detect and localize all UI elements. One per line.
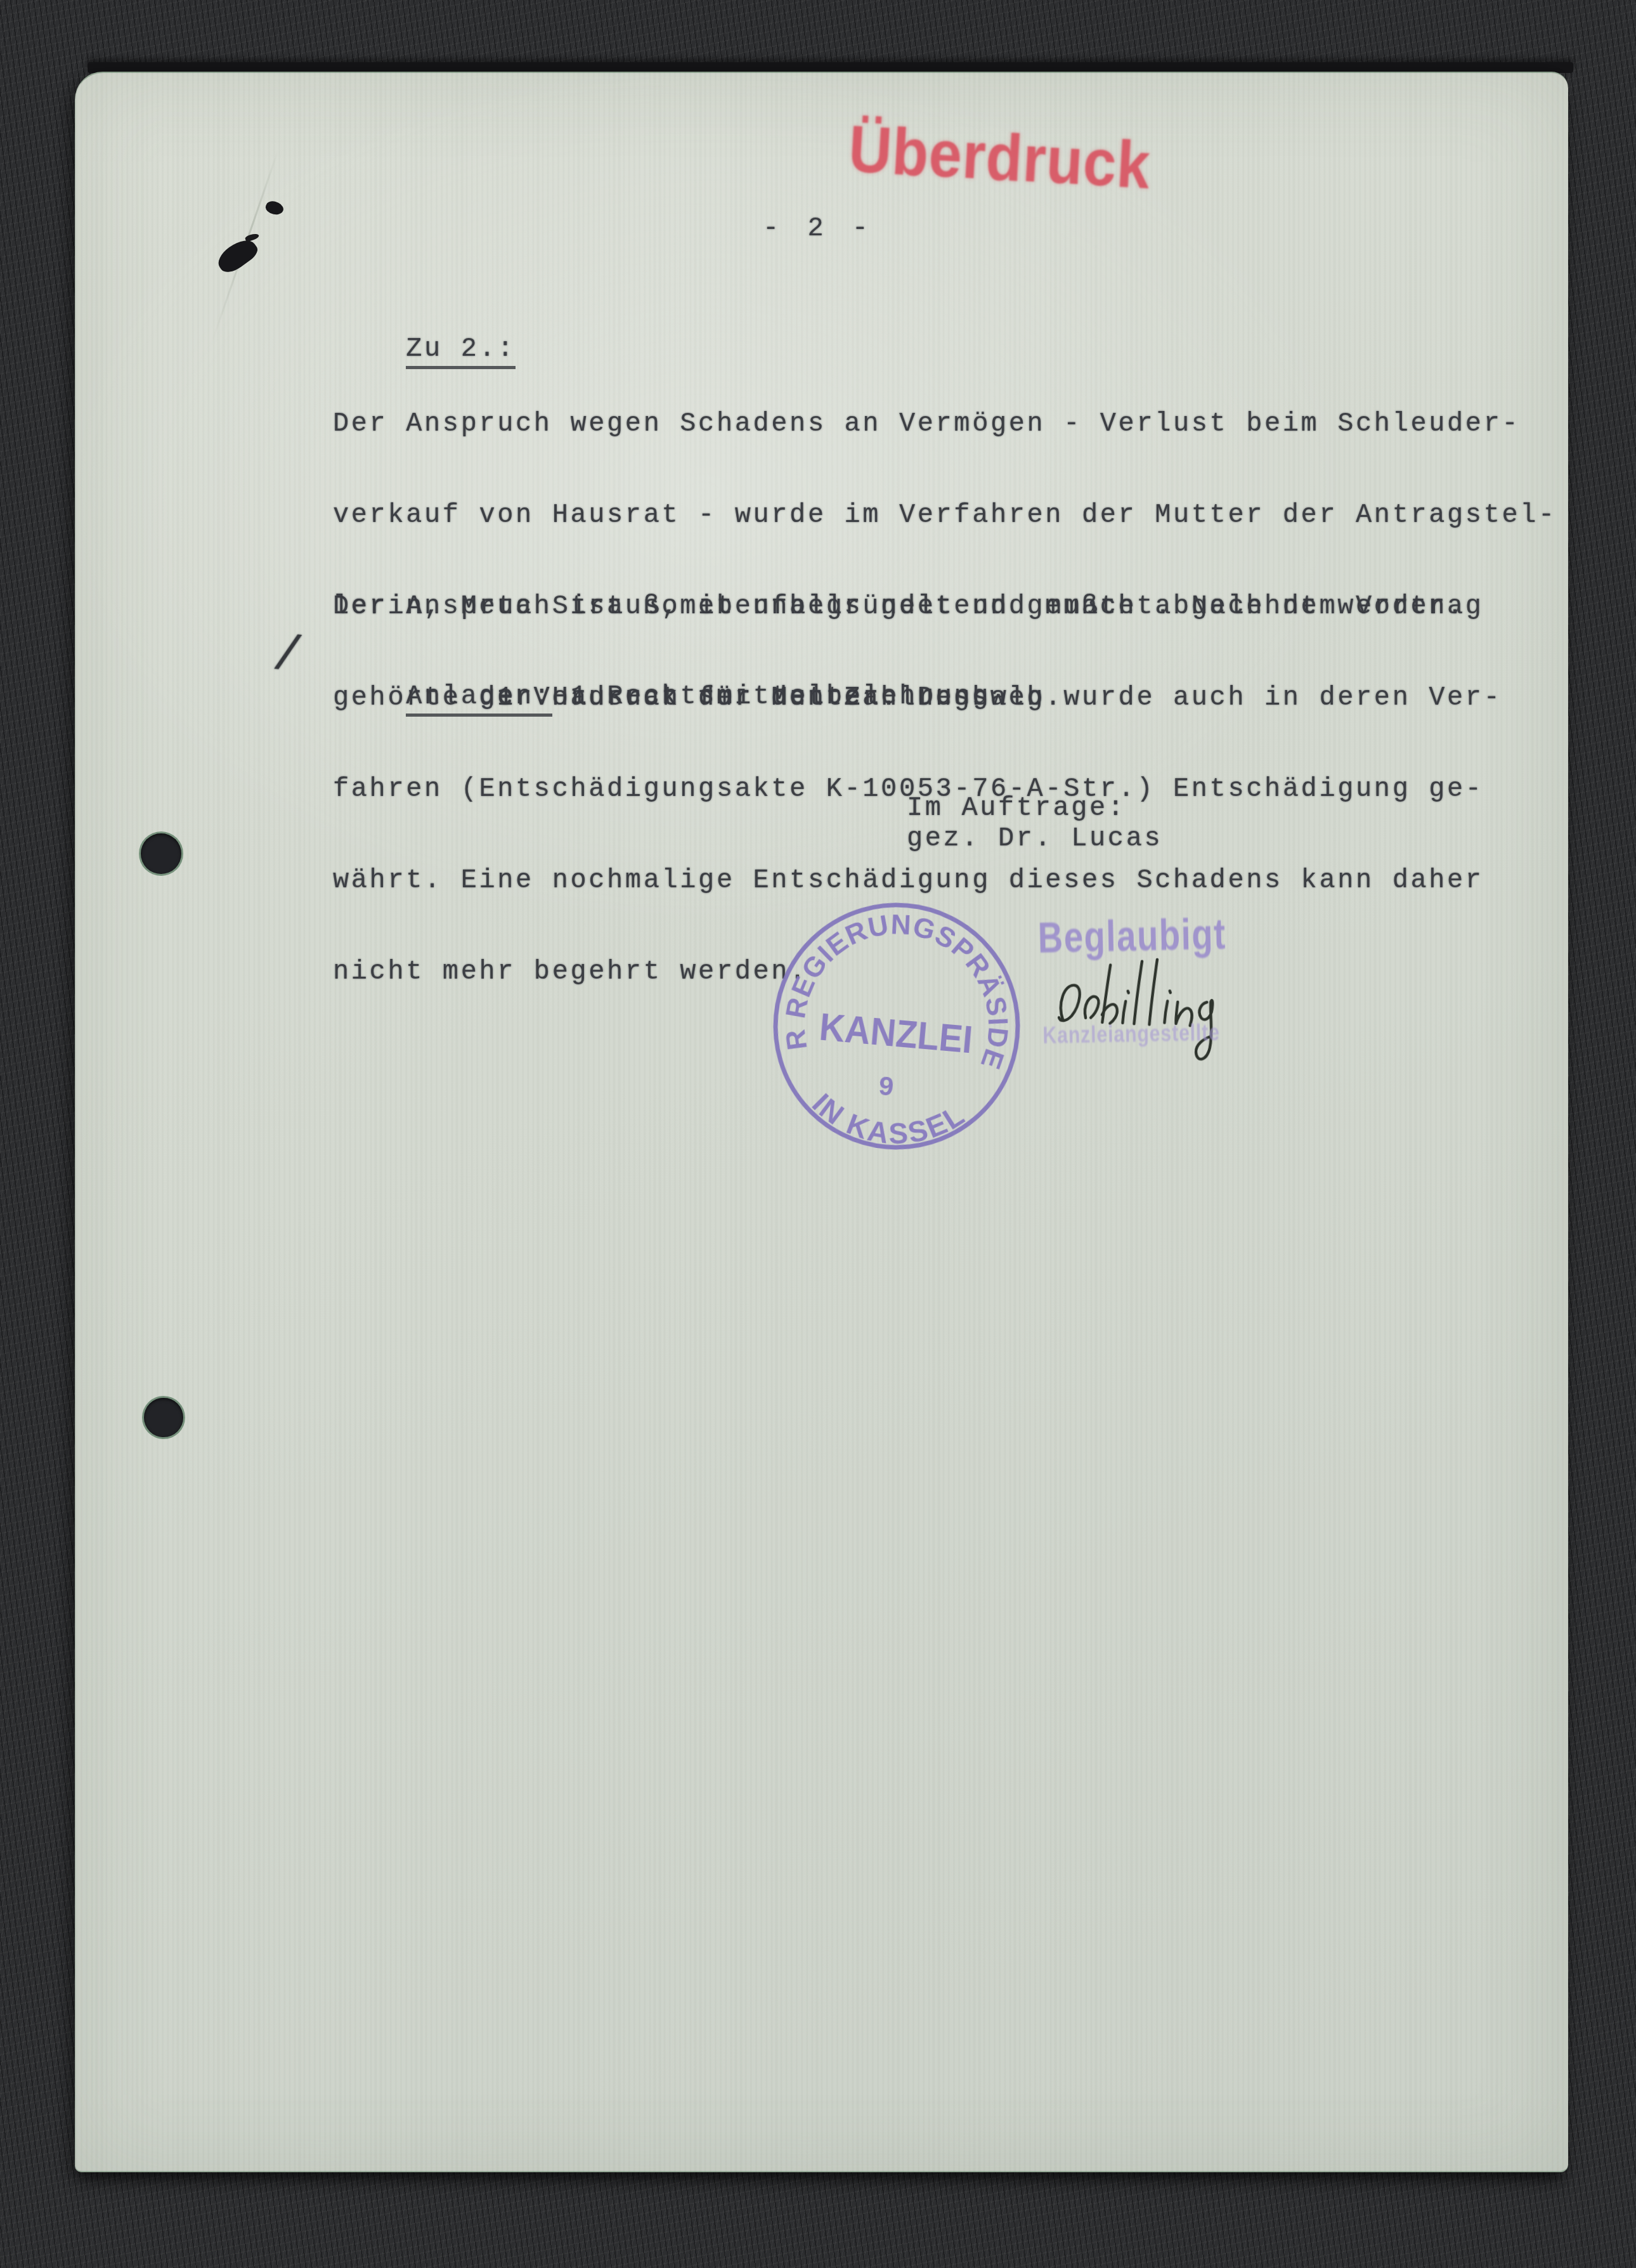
page-number: - 2 - xyxy=(763,213,874,244)
body-line: Der Anspruch wegen Schadens an Vermögen … xyxy=(333,408,1557,439)
stamp-center-number: 9 xyxy=(878,1071,895,1102)
body-line: verkauf von Hausrat - wurde im Verfahren… xyxy=(333,500,1557,530)
margin-slash-mark: / xyxy=(271,640,306,674)
signoff-im-auftrage: Im Auftrage: xyxy=(907,793,1126,823)
official-round-stamp: DER REGIERUNGSPRÄSIDENT IN KASSEL KANZLE… xyxy=(759,889,1034,1163)
attachment-item: 1 Vordruck für den Zahlungsweg. xyxy=(497,682,1063,713)
ink-blot-small xyxy=(264,199,285,218)
clerk-title-stamp: Kanzleiangestellte xyxy=(1042,1019,1220,1049)
body-line: währt. Eine nochmalige Entschädigung die… xyxy=(333,865,1557,896)
signoff-gez-name: gez. Dr. Lucas xyxy=(907,823,1162,854)
scanned-document-view: Überdruck - 2 - Zu 2.: Der Anspruch wege… xyxy=(0,0,1636,2268)
punch-hole-bottom xyxy=(144,1398,183,1437)
stamp-center-text: KANZLEI xyxy=(817,1005,974,1062)
punch-hole-top xyxy=(141,833,181,874)
conclusion-sentence: Der Anspruch ist somit unbegründet und m… xyxy=(333,591,1465,622)
handwritten-signature: Schilling xyxy=(1041,939,1237,1092)
